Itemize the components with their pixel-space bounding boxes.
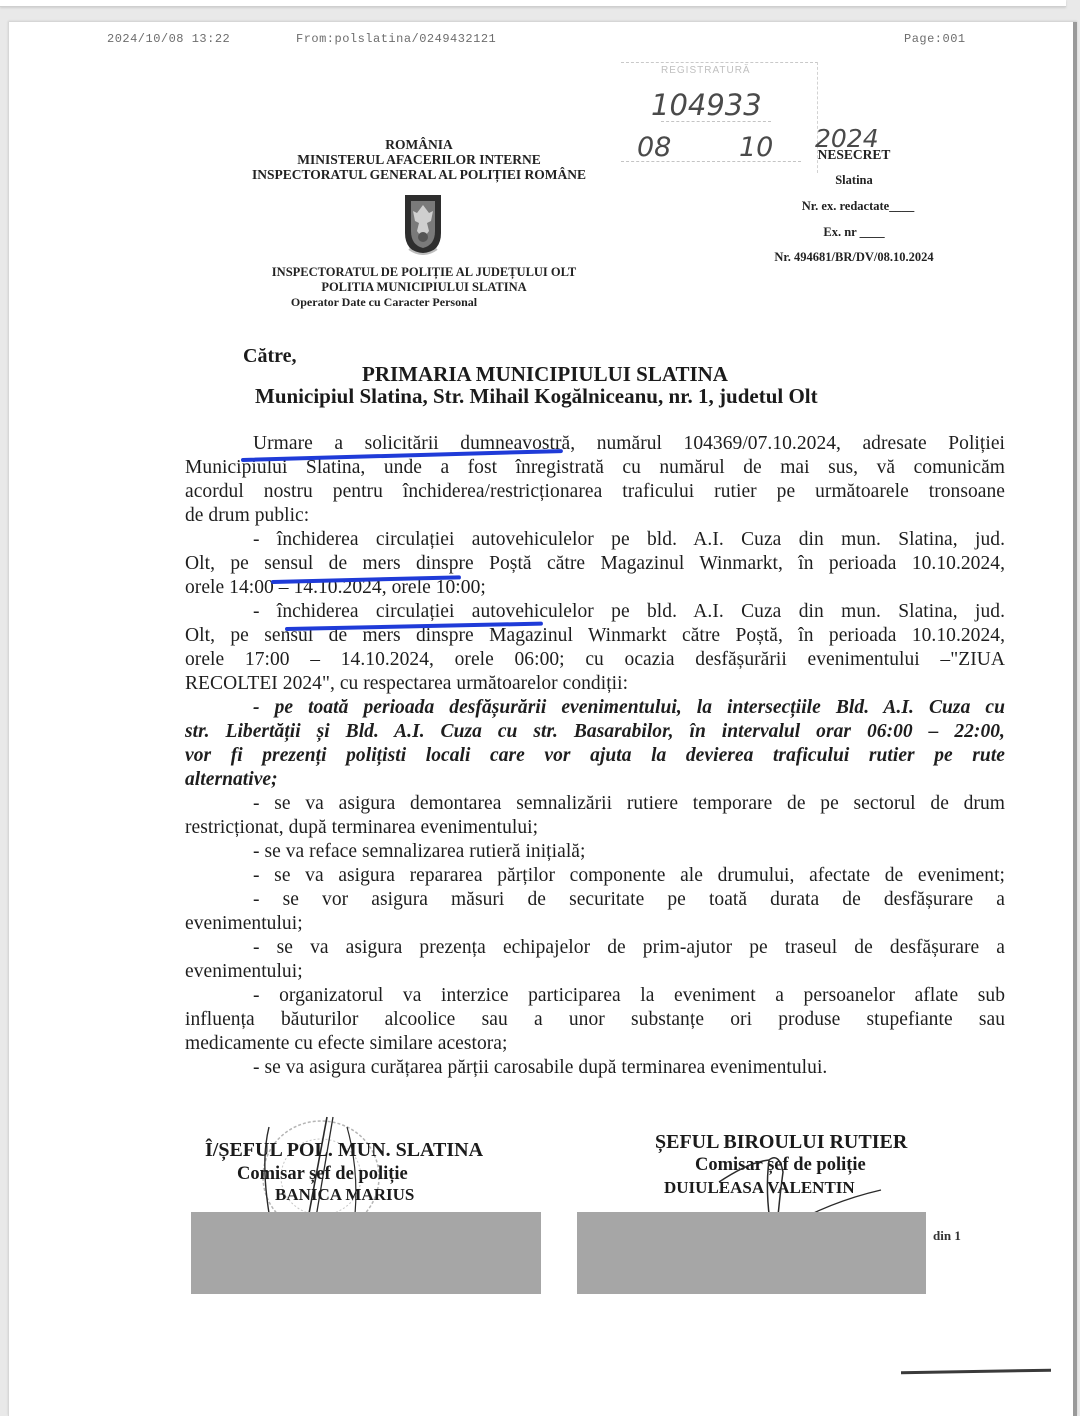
body-line: vor fi prezenți polițisti locali care vo… — [185, 744, 1005, 768]
fax-page: Page:001 — [904, 32, 966, 46]
condition-item: - se va reface semnalizarea rutieră iniț… — [185, 840, 1005, 864]
condition-item: - se va asigura repararea părților compo… — [185, 864, 1005, 888]
stamp-title: REGISTRATURĂ — [661, 65, 751, 76]
fax-from: From:polslatina/0249432121 — [296, 32, 496, 46]
recipient-address: Municipiul Slatina, Str. Mihail Kogălnic… — [255, 384, 818, 409]
condition-item-cont: medicamente cu efecte similare acestora; — [185, 1032, 1005, 1056]
body-line: alternative; — [185, 768, 1005, 792]
condition-item: - organizatorul va interzice participare… — [185, 984, 1005, 1008]
body-line: - închiderea circulației autovehiculelor… — [185, 528, 1005, 552]
body-line: RECOLTEI 2024", cu respectarea următoare… — [185, 672, 1005, 696]
body-line: - închiderea circulației autovehiculelor… — [185, 600, 1005, 624]
copies-redacted-label: Nr. ex. redactate____ — [753, 199, 963, 214]
page-count: din 1 — [933, 1228, 961, 1244]
left-signatory-title: Î/ȘEFUL POL. MUN. SLATINA — [205, 1139, 483, 1162]
body-line: Urmare a solicitării dumneavostră, număr… — [185, 432, 1005, 456]
document-reference-number: Nr. 494681/BR/DV/08.10.2024 — [749, 250, 959, 265]
letterhead-ipj-olt: INSPECTORATUL DE POLIȚIE AL JUDEȚULUI OL… — [229, 264, 619, 280]
closure-1: - închiderea circulației autovehiculelor… — [185, 528, 1005, 600]
body-line: Olt, pe sensul de mers dinspre Poștă căt… — [185, 552, 1005, 576]
classification-city: Slatina — [749, 173, 959, 188]
condition-item: - se va asigura demontarea semnalizării … — [185, 792, 1005, 816]
body-line: orele 17:00 – 14.10.2024, orele 06:00; c… — [185, 648, 1005, 672]
recipient-salutation: Către, — [243, 345, 297, 368]
letterhead-ministry: MINISTERUL AFACERILOR INTERNE — [219, 152, 619, 168]
document-page: 2024/10/08 13:22 From:polslatina/0249432… — [8, 22, 1077, 1416]
letterhead-data-operator: Operator Date cu Caracter Personal — [229, 294, 539, 310]
body-line: acordul nostru pentru închiderea/restric… — [185, 480, 1005, 504]
previous-page-edge — [0, 0, 1066, 7]
letterhead-country: ROMÂNIA — [219, 137, 619, 153]
closure-2: - închiderea circulației autovehiculelor… — [185, 600, 1005, 696]
classification-status: NESECRET — [749, 147, 959, 163]
letterhead-igpr: INSPECTORATUL GENERAL AL POLIȚIEI ROMÂNE — [219, 167, 619, 183]
body-line: de drum public: — [185, 504, 1005, 528]
left-signatory-rank: Comisar șef de poliție — [237, 1164, 408, 1185]
condition-item: - se vor asigura măsuri de securitate pe… — [185, 888, 1005, 912]
condition-item: - se va asigura curățarea părții carosab… — [185, 1056, 1005, 1080]
handwritten-day: 08 — [637, 132, 671, 163]
conditions-list: - se va asigura demontarea semnalizării … — [185, 792, 1005, 1080]
letterhead-police-slatina: POLITIA MUNICIPIULUI SLATINA — [229, 279, 619, 295]
condition-item-cont: influența băuturilor alcoolice sau a uno… — [185, 1008, 1005, 1032]
condition-police-presence: - pe toată perioada desfășurării evenime… — [185, 696, 1005, 792]
body-line: - pe toată perioada desfășurării evenime… — [185, 696, 1005, 720]
redacted-area-right — [577, 1212, 926, 1294]
condition-item-cont: evenimentului; — [185, 912, 1005, 936]
body-line: str. Libertății și Bld. A.I. Cuza cu str… — [185, 720, 1005, 744]
body-intro: Urmare a solicitării dumneavostră, număr… — [185, 432, 1005, 528]
condition-item-cont: evenimentului; — [185, 960, 1005, 984]
condition-item: - se va asigura prezența echipajelor de … — [185, 936, 1005, 960]
handwritten-registration-number: 104933 — [651, 88, 762, 122]
redacted-area-left — [191, 1212, 541, 1294]
left-signatory-name: BANICA MARIUS — [275, 1185, 414, 1205]
romanian-coat-of-arms-icon — [403, 193, 443, 257]
condition-item-cont: restricționat, după terminarea eveniment… — [185, 816, 1005, 840]
fax-datetime: 2024/10/08 13:22 — [107, 32, 230, 46]
pen-stroke-mark — [901, 1369, 1051, 1375]
copy-number-label: Ex. nr ____ — [749, 225, 959, 240]
